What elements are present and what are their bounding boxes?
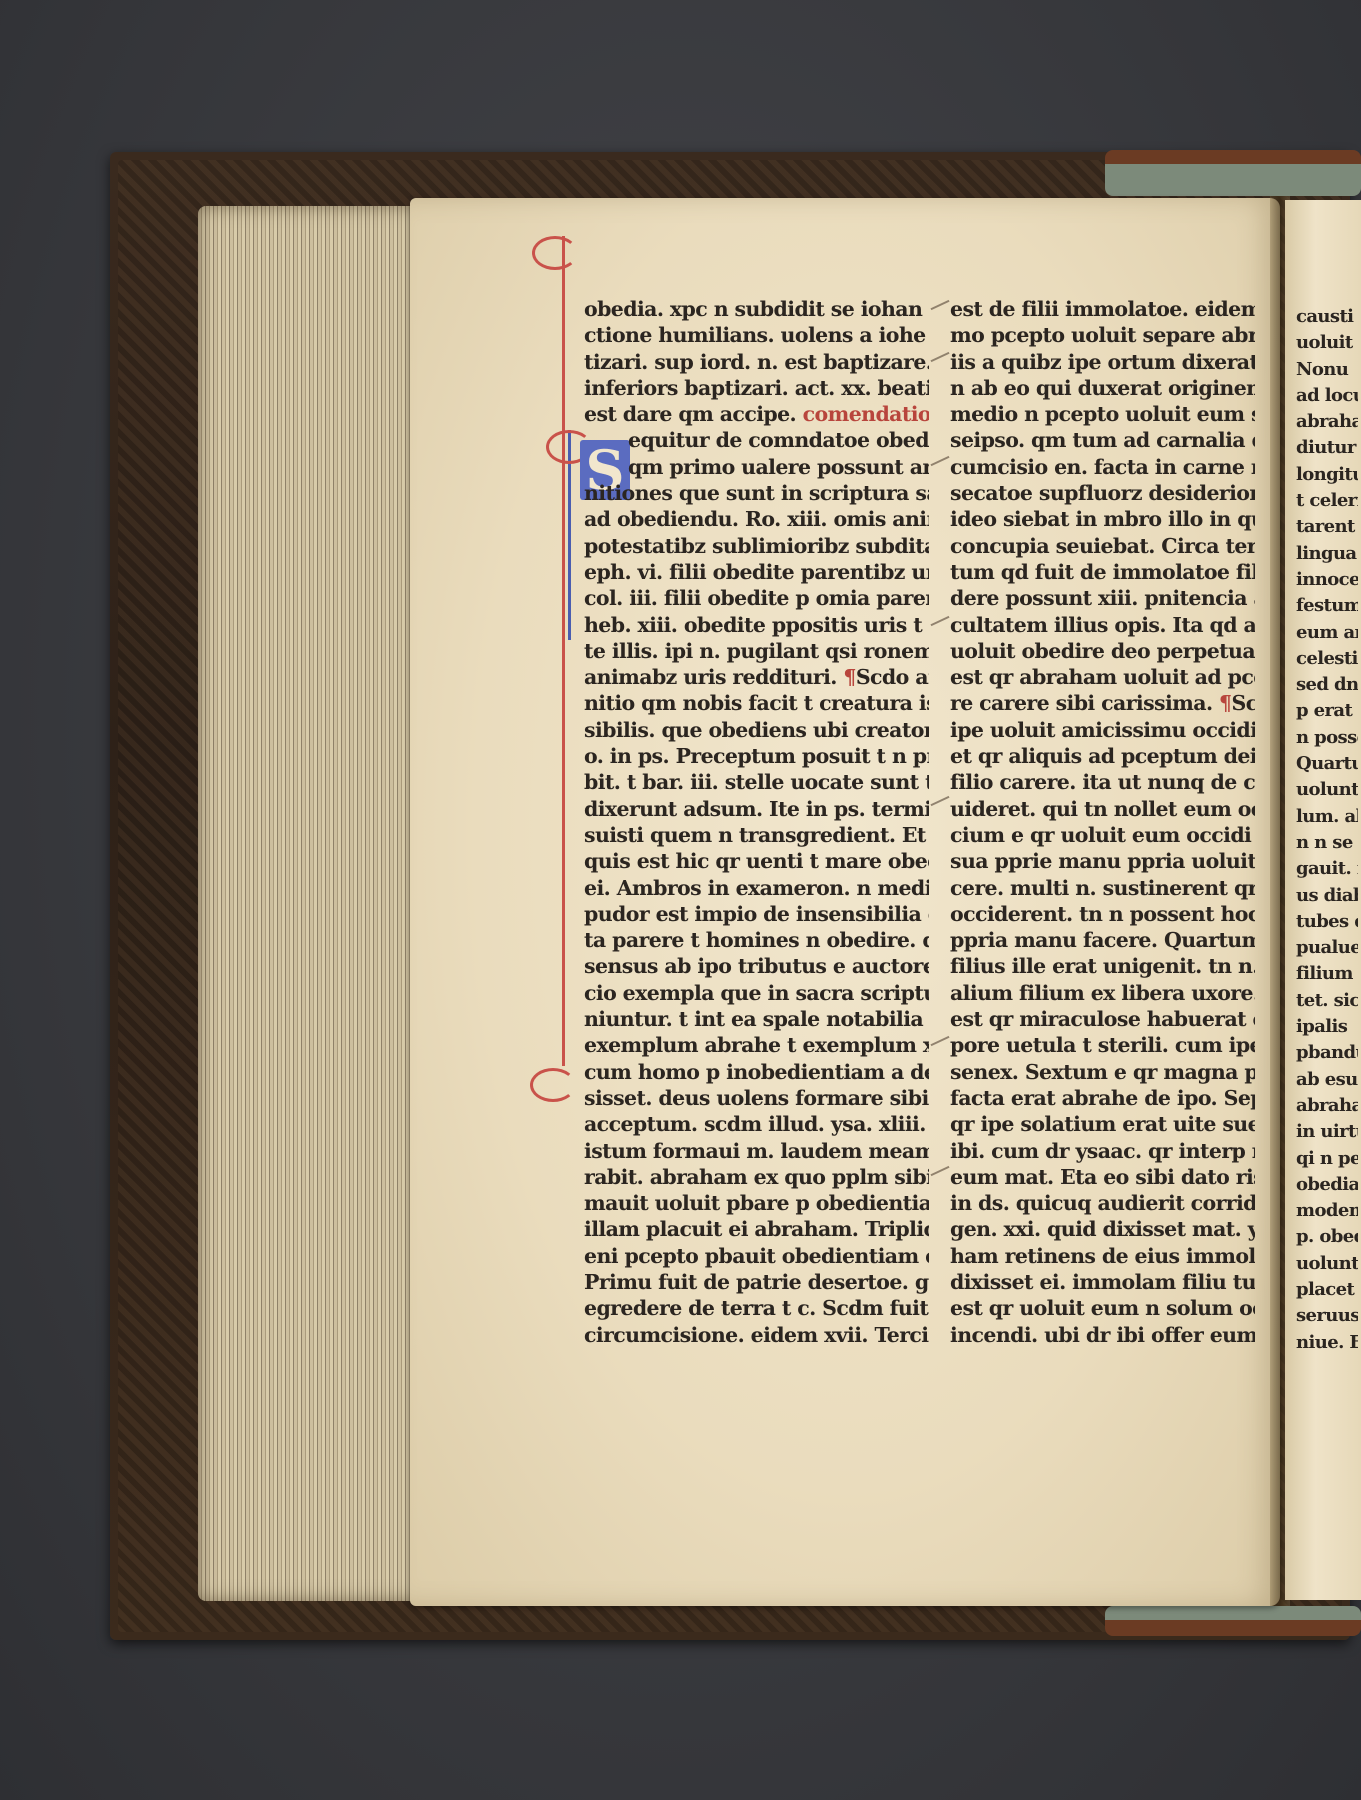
text-line: ad obediendu. Ro. xiii. omis anima bbox=[584, 506, 929, 532]
text-line: ipe uoluit amicissimu occidi. posset bbox=[950, 717, 1255, 743]
text-line: sed dni bbox=[1296, 672, 1358, 698]
text-column-left: obedia. xpc n subdidit se iohan subie ct… bbox=[584, 296, 929, 1348]
text-line: ta parere t homines n obedire. quibz bbox=[584, 927, 929, 953]
text-line: uoluntat bbox=[1296, 1251, 1358, 1277]
text-line: ctione humilians. uolens a iohe bap bbox=[584, 322, 929, 348]
penwork-flourish-top bbox=[532, 236, 578, 270]
text-line: abraham bbox=[1296, 1093, 1358, 1119]
text-line: facta erat abrahe de ipo. Septimu est bbox=[950, 1085, 1255, 1111]
text-line: exemplum abrahe t exemplum xpi. bbox=[584, 1032, 929, 1058]
text-line: p erat bbox=[1296, 698, 1358, 724]
text-line: Primu fuit de patrie desertoe. ge. xii. bbox=[584, 1269, 929, 1295]
text-line: bit. t bar. iii. stelle uocate sunt t bbox=[584, 769, 929, 795]
text-line: secatoe supfluorz desideriorz carnaliu. bbox=[950, 480, 1255, 506]
text-line: celestis bbox=[1296, 646, 1358, 672]
text-line: sensus ab ipo tributus e auctore. Ter bbox=[584, 953, 929, 979]
text-line: tum qd fuit de immolatoe filii atten bbox=[950, 559, 1255, 585]
red-penwork-border bbox=[562, 236, 565, 1066]
text-line: modem. In bbox=[1296, 1198, 1358, 1224]
text-line-with-rubric: est dare qm accipe. comendatio obedie. bbox=[584, 401, 929, 427]
text-line: filius ille erat unigenit. tn n. habeba bbox=[950, 953, 1255, 979]
text-line: n possess bbox=[1296, 725, 1358, 751]
text-line: et qr aliquis ad pceptum dei uellet bbox=[950, 743, 1255, 769]
text-line: p. obediti bbox=[1296, 1224, 1358, 1250]
text-column-right: est de filii immolatoe. eidem xxii. Pri … bbox=[950, 296, 1255, 1348]
text-segment: uoluit obedire deo perpetua bbox=[950, 639, 1255, 663]
text-line: filium co bbox=[1296, 961, 1358, 987]
text-line: ideo siebat in mbro illo in quo maxie bbox=[950, 506, 1255, 532]
text-line: innocent bbox=[1296, 567, 1358, 593]
text-segment: est dare qm accipe. bbox=[584, 402, 796, 426]
text-line: in ds. quicuq audierit corridebit m. bbox=[950, 1190, 1255, 1216]
text-line: suisti quem n transgredient. Et m. viii. bbox=[584, 822, 929, 848]
text-line: ibi. cum dr ysaac. qr interp risus pt bbox=[950, 1138, 1255, 1164]
text-line: gauit. fie bbox=[1296, 856, 1358, 882]
text-line-with-pilcrow: re carere sibi carissima. ¶Scdm e qr bbox=[950, 690, 1255, 716]
pilcrow-text: Scdm e qr bbox=[1232, 691, 1256, 715]
text-line: iis a quibz ipe ortum dixerat. Ultimo bbox=[950, 349, 1255, 375]
text-line: uoluit bbox=[1296, 330, 1358, 356]
text-line: cere. multi n. sustinerent qr filii eorz bbox=[950, 875, 1255, 901]
text-line: col. iii. filii obedite p omia parentibz… bbox=[584, 585, 929, 611]
text-line: potestatibz sublimioribz subdita sit. bbox=[584, 533, 929, 559]
rubric-heading: comendatio obedie. bbox=[803, 402, 929, 426]
text-line: te illis. ipi n. pugilant qsi ronem p bbox=[584, 638, 929, 664]
text-line: ad locu bbox=[1296, 383, 1358, 409]
headband-bottom bbox=[1105, 1606, 1361, 1636]
text-line: pore uetula t sterili. cum ipe iam esset bbox=[950, 1032, 1255, 1058]
penwork-flourish-bottom bbox=[530, 1068, 576, 1102]
text-line: alium filium ex libera uxore. Quitu bbox=[950, 980, 1255, 1006]
text-line: obediam bbox=[1296, 1172, 1358, 1198]
text-line: pualuera bbox=[1296, 935, 1358, 961]
text-line: dixisset ei. immolam filiu tuu. Octauu bbox=[950, 1269, 1255, 1295]
text-line: sisset. deus uolens formare sibi pplm bbox=[584, 1085, 929, 1111]
text-line: t celeri bbox=[1296, 488, 1358, 514]
text-line: est de filii immolatoe. eidem xxii. Pri bbox=[950, 296, 1255, 322]
text-line: ab esu uit bbox=[1296, 1067, 1358, 1093]
text-line: diutur bbox=[1296, 435, 1358, 461]
text-line: niue. Et e bbox=[1296, 1330, 1358, 1356]
red-pilcrow: ¶ bbox=[843, 665, 855, 689]
rubric-inline: Scdo amo bbox=[856, 665, 929, 689]
page-edge-stack bbox=[198, 206, 423, 1601]
text-line: pbandum bbox=[1296, 1040, 1358, 1066]
red-pilcrow: ¶ bbox=[1219, 691, 1231, 715]
text-line: qr ipe solatium erat uite sue. qr notat bbox=[950, 1111, 1255, 1137]
text-line: pudor est impio de insensibilia elemti bbox=[584, 901, 929, 927]
text-line: seruus et. bbox=[1296, 1303, 1358, 1329]
text-line: equitur de comndatoe obedie. ad bbox=[584, 427, 929, 453]
text-line: eum an bbox=[1296, 620, 1358, 646]
text-line: placet deo bbox=[1296, 1277, 1358, 1303]
text-line: eni pcepto pbauit obedientiam eius. bbox=[584, 1243, 929, 1269]
text-line: nitio qm nobis facit t creatura isen bbox=[584, 690, 929, 716]
text-line: n n se ex bbox=[1296, 830, 1358, 856]
text-line: est qr abraham uoluit ad pceptu dii bbox=[950, 664, 1255, 690]
text-line: rabit. abraham ex quo pplm sibi for bbox=[584, 1164, 929, 1190]
headband-top bbox=[1105, 150, 1361, 196]
text-line: longitu bbox=[1296, 462, 1358, 488]
text-line: mo pcepto uoluit separe abraham al bbox=[950, 322, 1255, 348]
text-line: uideret. qui tn nollet eum occidi. Ter bbox=[950, 796, 1255, 822]
text-line: Nonu bbox=[1296, 357, 1358, 383]
text-line: occiderent. tn n possent hoc a se ipis bbox=[950, 901, 1255, 927]
text-line: heb. xiii. obedite ppositis uris t subia… bbox=[584, 612, 929, 638]
text-line: nitiones que sunt in scriptura sacra bbox=[584, 480, 929, 506]
text-line: tet. sic facti bbox=[1296, 988, 1358, 1014]
text-line: quis est hic qr uenti t mare obediunt bbox=[584, 848, 929, 874]
text-line: inferiors baptizari. act. xx. beatius bbox=[584, 375, 929, 401]
text-line: senex. Sextum e qr magna pmissio bbox=[950, 1059, 1255, 1085]
text-line: o. in ps. Preceptum posuit t n preta bbox=[584, 743, 929, 769]
text-line: ham retinens de eius immolatione bbox=[950, 1243, 1255, 1269]
text-line: ppria manu facere. Quartum est qr bbox=[950, 927, 1255, 953]
text-line: obedia. xpc n subdidit se iohan subie bbox=[584, 296, 929, 322]
text-line: concupia seuiebat. Circa tercium si pce bbox=[950, 533, 1255, 559]
text-line: us diaboli bbox=[1296, 883, 1358, 909]
text-column-recto-fragment: causti uoluit Nonu ad locu abraha diutur… bbox=[1296, 304, 1358, 1356]
text-line: eph. vi. filii obedite parentibz uris i … bbox=[584, 559, 929, 585]
text-line: istum formaui m. laudem meam nar bbox=[584, 1138, 929, 1164]
text-line: tubes ds bbox=[1296, 909, 1358, 935]
text-line: est qr miraculose habuerat eum. qr te bbox=[950, 1006, 1255, 1032]
text-line-with-rubric: animabz uris reddituri. ¶Scdo amo bbox=[584, 664, 929, 690]
text-line: dere possunt xiii. pnitencia ad diffi bbox=[950, 585, 1255, 611]
text-line: est qr uoluit eum n solum occidi s bbox=[950, 1295, 1255, 1321]
text-line: medio n pcepto uoluit eum separe a bbox=[950, 401, 1255, 427]
text-line: ipalis bbox=[1296, 1014, 1358, 1040]
text-line: circumcisione. eidem xvii. Tercium bbox=[584, 1322, 929, 1348]
text-line: niuntur. t int ea spale notabilia st bbox=[584, 1006, 929, 1032]
text-segment: animabz uris reddituri. bbox=[584, 665, 837, 689]
text-line-with-pilcrow: uoluit obedire deo perpetua ¶Pri bbox=[950, 638, 1255, 664]
text-line: causti bbox=[1296, 304, 1358, 330]
text-line: lingua bbox=[1296, 541, 1358, 567]
text-line: ei. Ambros in exameron. n mediocris bbox=[584, 875, 929, 901]
text-line: dixerunt adsum. Ite in ps. terminum po bbox=[584, 796, 929, 822]
text-line: cultatem illius opis. Ita qd abraham bbox=[950, 612, 1255, 638]
text-line: eum mat. Eta eo sibi dato risum hu bbox=[950, 1164, 1255, 1190]
text-line: n ab eo qui duxerat originem ab ipo. bbox=[950, 375, 1255, 401]
text-line: festum bbox=[1296, 593, 1358, 619]
text-line: lum. abra bbox=[1296, 804, 1358, 830]
text-line: gen. xxi. quid dixisset mat. ysaac. Et a bbox=[950, 1216, 1255, 1242]
text-line: cio exempla que in sacra scriptura inue bbox=[584, 980, 929, 1006]
text-line: illam placuit ei abraham. Triplici bbox=[584, 1216, 929, 1242]
text-line: sibilis. que obediens ubi creatori su bbox=[584, 717, 929, 743]
text-line: sua pprie manu ppria uoluit hoc fa bbox=[950, 848, 1255, 874]
text-line: tarent bbox=[1296, 514, 1358, 540]
text-line: seipso. qm tum ad carnalia desideria. ci… bbox=[950, 427, 1255, 453]
text-line: cium e qr uoluit eum occidi manu bbox=[950, 822, 1255, 848]
text-line: Quartum bbox=[1296, 751, 1358, 777]
text-segment: re carere sibi carissima. bbox=[950, 691, 1213, 715]
text-line: cumcisio en. facta in carne mouebat ad r… bbox=[950, 454, 1255, 480]
text-line: incendi. ubi dr ibi offer eum in hol bbox=[950, 1322, 1255, 1348]
text-line: filio carere. ita ut nunq de ceto eu bbox=[950, 769, 1255, 795]
text-line: egredere de terra t c. Scdm fuit de bbox=[584, 1295, 929, 1321]
text-line: acceptum. scdm illud. ysa. xliii. pplm bbox=[584, 1111, 929, 1137]
text-line: mauit uoluit pbare p obedientiam. t p bbox=[584, 1190, 929, 1216]
text-line: in uirtutu bbox=[1296, 1119, 1358, 1145]
text-line: abraha bbox=[1296, 409, 1358, 435]
text-line: qi n pepe bbox=[1296, 1146, 1358, 1172]
text-line: cum homo p inobedientiam a deo reces bbox=[584, 1059, 929, 1085]
text-line: uoluntam bbox=[1296, 777, 1358, 803]
text-line: tizari. sup iord. n. est baptizare. t bbox=[584, 349, 929, 375]
text-line: qm primo ualere possunt animo bbox=[584, 454, 929, 480]
